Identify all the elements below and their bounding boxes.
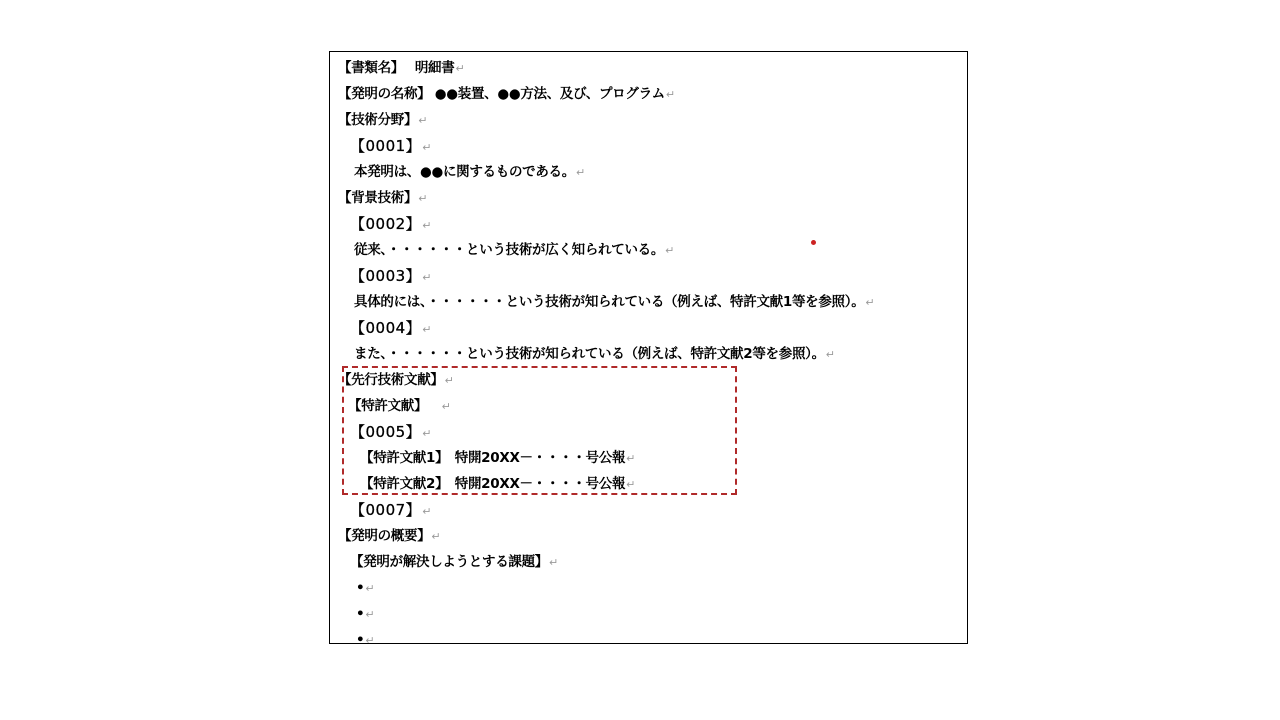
bullet-icon: • [356, 606, 364, 622]
paragraph-text-0001: 本発明は、●●に関するものである。↵ [354, 160, 585, 184]
heading-technical-field: 【技術分野】↵ [338, 108, 427, 132]
heading-text: 【背景技術】 [338, 190, 417, 206]
patent-specification-document: 【書類名】 明細書↵ 【発明の名称】 ●●装置、●●方法、及び、プログラム↵ 【… [329, 51, 968, 644]
heading-summary: 【発明の概要】↵ [338, 524, 440, 548]
paragraph-mark-icon: ↵ [455, 62, 464, 75]
paragraph-number-text: 【0007】 [350, 501, 421, 519]
paragraph-text-0003: 具体的には、・・・・・・という技術が知られている（例えば、特許文献1等を参照）。… [354, 290, 874, 314]
paragraph-mark-icon: ↵ [422, 141, 431, 154]
paragraph-mark-icon: ↵ [665, 244, 674, 257]
paragraph-number-0001: 【0001】↵ [350, 134, 431, 158]
paragraph-number-0003: 【0003】↵ [350, 264, 431, 288]
paragraph-mark-icon: ↵ [365, 634, 374, 647]
invention-title: 【発明の名称】 ●●装置、●●方法、及び、プログラム [338, 86, 665, 102]
invention-title-line: 【発明の名称】 ●●装置、●●方法、及び、プログラム↵ [338, 82, 675, 106]
bullet-line-1: •↵ [356, 576, 374, 600]
doc-type-label: 【書類名】 明細書 [338, 60, 454, 76]
paragraph-mark-icon: ↵ [576, 166, 585, 179]
paragraph-number-text: 【0002】 [350, 215, 421, 233]
body-text: また、・・・・・・という技術が知られている（例えば、特許文献2等を参照）。 [354, 346, 825, 362]
paragraph-mark-icon: ↵ [418, 114, 427, 127]
heading-text: 【発明が解決しようとする課題】 [350, 554, 548, 570]
body-text: 本発明は、●●に関するものである。 [354, 164, 575, 180]
paragraph-number-text: 【0004】 [350, 319, 421, 337]
paragraph-number-text: 【0003】 [350, 267, 421, 285]
paragraph-mark-icon: ↵ [549, 556, 558, 569]
paragraph-mark-icon: ↵ [422, 323, 431, 336]
paragraph-mark-icon: ↵ [666, 88, 675, 101]
paragraph-mark-icon: ↵ [418, 192, 427, 205]
paragraph-mark-icon: ↵ [365, 582, 374, 595]
bullet-icon: • [356, 580, 364, 596]
paragraph-mark-icon: ↵ [422, 505, 431, 518]
doc-title-line: 【書類名】 明細書↵ [338, 56, 464, 80]
heading-text: 【技術分野】 [338, 112, 417, 128]
bullet-icon: • [356, 632, 364, 648]
paragraph-mark-icon: ↵ [826, 348, 835, 361]
paragraph-number-0002: 【0002】↵ [350, 212, 431, 236]
paragraph-number-0004: 【0004】↵ [350, 316, 431, 340]
paragraph-text-0002: 従来、・・・・・・という技術が広く知られている。↵ [354, 238, 674, 262]
body-text: 具体的には、・・・・・・という技術が知られている（例えば、特許文献1等を参照）。 [354, 294, 864, 310]
heading-text: 【発明の概要】 [338, 528, 430, 544]
bullet-line-3: •↵ [356, 628, 374, 652]
body-text: 従来、・・・・・・という技術が広く知られている。 [354, 242, 664, 258]
prior-art-highlight-box [342, 366, 737, 495]
bullet-line-2: •↵ [356, 602, 374, 626]
red-dot-marker [811, 240, 816, 245]
heading-problem-to-solve: 【発明が解決しようとする課題】↵ [350, 550, 558, 574]
paragraph-mark-icon: ↵ [431, 530, 440, 543]
heading-background-art: 【背景技術】↵ [338, 186, 427, 210]
paragraph-number-0007: 【0007】↵ [350, 498, 431, 522]
paragraph-mark-icon: ↵ [422, 219, 431, 232]
paragraph-number-text: 【0001】 [350, 137, 421, 155]
paragraph-text-0004: また、・・・・・・という技術が知られている（例えば、特許文献2等を参照）。↵ [354, 342, 835, 366]
paragraph-mark-icon: ↵ [422, 271, 431, 284]
paragraph-mark-icon: ↵ [365, 608, 374, 621]
paragraph-mark-icon: ↵ [865, 296, 874, 309]
